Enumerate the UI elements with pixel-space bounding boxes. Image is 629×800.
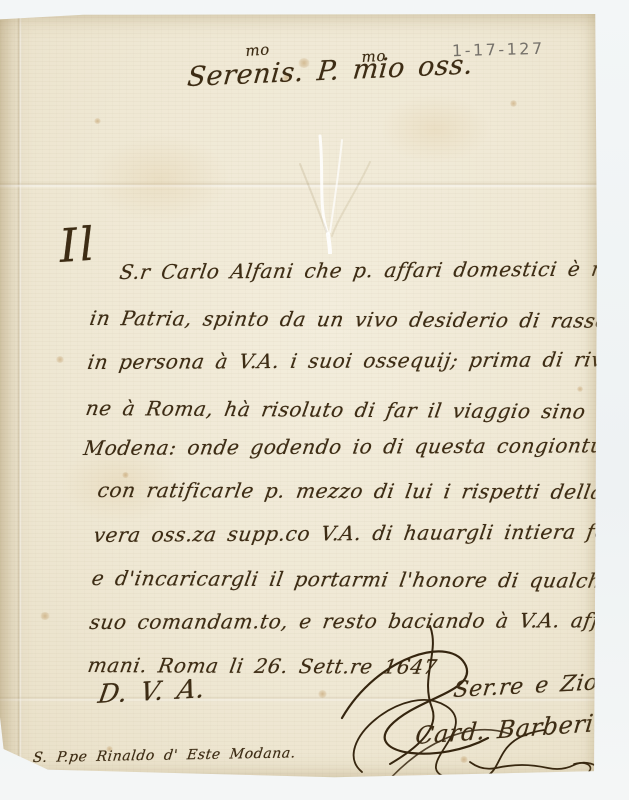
handwritten-line: ne à Roma, hà risoluto di far il viaggio… [84,396,611,424]
valediction: D. V. A. [96,674,208,710]
pucker-mark [290,134,380,254]
stain [56,356,64,363]
letter-page: 1-17-127 mo mo Serenis. P. mio oss. Il S… [0,14,597,778]
stain [122,472,129,478]
handwritten-line: S.r Carlo Alfani che p. affari domestici… [118,256,629,284]
heading-superscript-left: mo [245,40,271,60]
handwritten-line: vera oss.za supp.co V.A. di hauargli int… [92,519,629,547]
scan-background: 1-17-127 mo mo Serenis. P. mio oss. Il S… [0,0,629,800]
signature-flourish-icon [320,622,620,794]
handwritten-line: con ratificarle p. mezzo di lui i rispet… [96,478,629,504]
stain [577,386,583,392]
stain [90,134,230,224]
handwritten-line: e d'incaricargli il portarmi l'honore di… [90,566,616,593]
opening-initial: Il [59,233,97,256]
stain [40,612,50,620]
stain [510,100,517,107]
handwritten-line: in persona à V.A. i suoi ossequij; prima… [86,347,629,374]
docket-note: S. P.pe Rinaldo d' Este Modana. [32,745,297,766]
handwritten-line: in Patria, spinto da un vivo desiderio d… [88,306,629,333]
stain [94,118,101,124]
heading-main: Serenis. P. mio oss. [186,49,475,93]
handwritten-line: Modena: onde godendo io di questa congio… [82,433,628,460]
stain [380,94,490,164]
fold-crease-vertical [17,14,22,778]
